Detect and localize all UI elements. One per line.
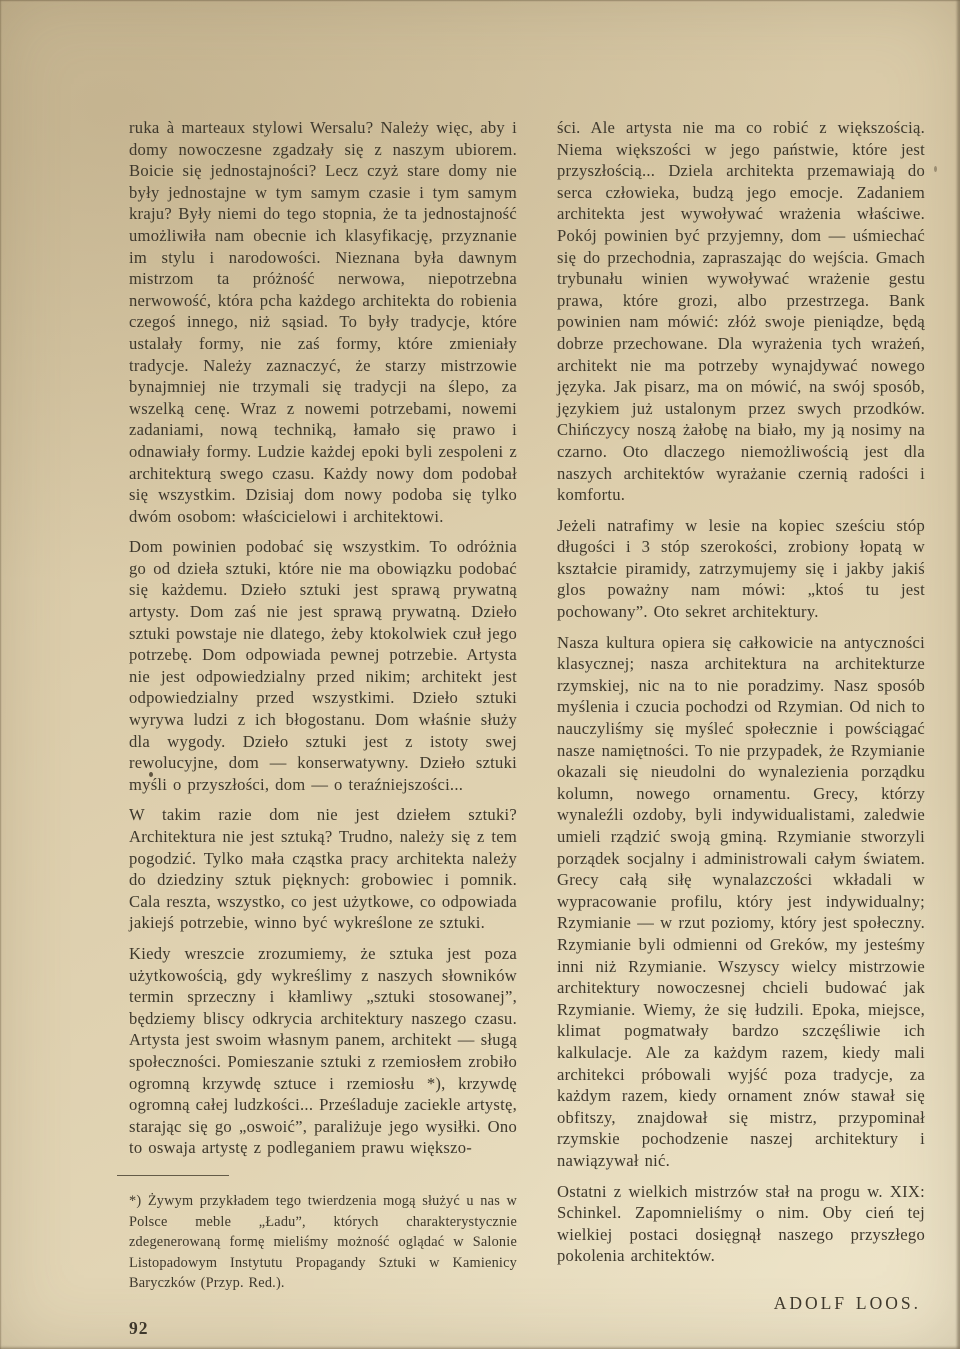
paragraph: Jeżeli natrafimy w lesie na kopiec sześc… xyxy=(557,515,925,623)
right-column: ści. Ale artysta nie ma co robić z więks… xyxy=(557,117,925,1314)
page-number: 92 xyxy=(129,1318,517,1340)
paragraph: ruka à marteaux stylowi Wersalu? Należy … xyxy=(129,117,517,527)
paragraph: W takim razie dom nie jest dziełem sztuk… xyxy=(129,804,517,934)
footnote: *) Żywym przykładem tego twierdzenia mog… xyxy=(129,1191,517,1294)
paragraph: Ostatni z wielkich mistrzów stał na prog… xyxy=(557,1181,925,1267)
ink-speck xyxy=(149,772,153,777)
paragraph: Dom powinien podobać się wszystkim. To o… xyxy=(129,536,517,795)
scanned-book-page: ruka à marteaux stylowi Wersalu? Należy … xyxy=(0,0,960,1349)
paragraph: ści. Ale artysta nie ma co robić z więks… xyxy=(557,117,925,506)
paragraph: Nasza kultura opiera się całkowicie na a… xyxy=(557,632,925,1172)
ink-speck xyxy=(934,166,937,172)
author-signature: ADOLF LOOS. xyxy=(557,1293,925,1315)
footnote-separator-rule xyxy=(117,1175,229,1176)
left-column: ruka à marteaux stylowi Wersalu? Należy … xyxy=(129,117,517,1339)
paragraph: Kiedy wreszcie zrozumiemy, że sztuka jes… xyxy=(129,943,517,1159)
